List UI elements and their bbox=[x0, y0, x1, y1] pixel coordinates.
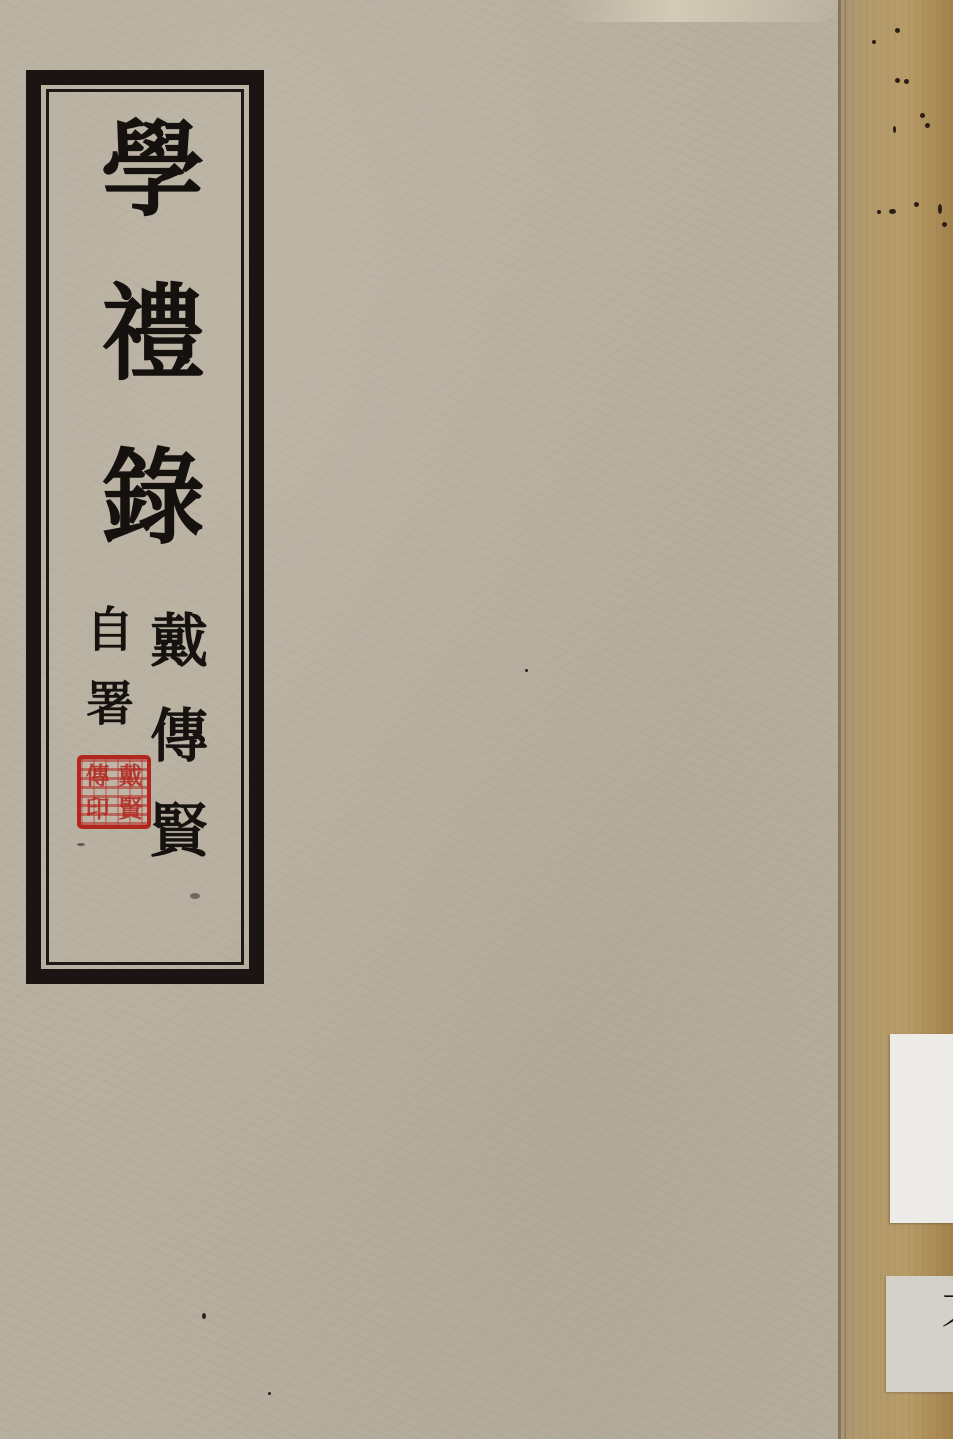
wormhole bbox=[914, 202, 919, 207]
ink-speck bbox=[202, 1313, 206, 1319]
wormhole bbox=[920, 113, 925, 118]
title-char-3: 錄 bbox=[94, 446, 212, 550]
book-spine bbox=[838, 0, 953, 1439]
seal-char: 傳 bbox=[81, 759, 114, 792]
title-char-1: 學 bbox=[94, 118, 212, 222]
wormhole bbox=[877, 210, 881, 214]
author-char-2: 傳 bbox=[150, 707, 208, 802]
wormhole bbox=[895, 28, 900, 33]
ink-speck bbox=[268, 1392, 271, 1395]
wormhole bbox=[925, 123, 930, 128]
ink-speck bbox=[190, 893, 200, 899]
ink-speck bbox=[77, 843, 85, 846]
library-label-call-number: 不 bbox=[886, 1276, 953, 1392]
inscription: 自 署 bbox=[86, 606, 134, 754]
seal-char: 印 bbox=[81, 792, 114, 825]
wormhole bbox=[889, 209, 896, 214]
inscription-char-2: 署 bbox=[86, 680, 134, 754]
author-char-1: 戴 bbox=[150, 612, 208, 707]
seal-char: 賢 bbox=[114, 792, 147, 825]
inscription-char-1: 自 bbox=[86, 606, 134, 680]
title-char-2: 禮 bbox=[94, 282, 212, 386]
red-seal-stamp: 傳 戴 印 賢 bbox=[77, 755, 151, 829]
wormhole bbox=[893, 126, 896, 133]
seal-char: 戴 bbox=[114, 759, 147, 792]
wormhole bbox=[872, 40, 876, 44]
wormhole bbox=[904, 79, 909, 84]
spine-fold-line bbox=[844, 0, 846, 1439]
wormhole bbox=[942, 222, 947, 227]
ink-speck bbox=[525, 669, 528, 672]
author-name: 戴 傳 賢 bbox=[150, 612, 208, 897]
author-char-3: 賢 bbox=[150, 802, 208, 897]
spine-edge bbox=[838, 0, 841, 1439]
paper-wear bbox=[560, 0, 840, 22]
library-label-blank bbox=[890, 1034, 953, 1223]
call-number-text: 不 bbox=[941, 1290, 953, 1348]
wormhole bbox=[938, 204, 942, 214]
wormhole bbox=[895, 78, 900, 83]
